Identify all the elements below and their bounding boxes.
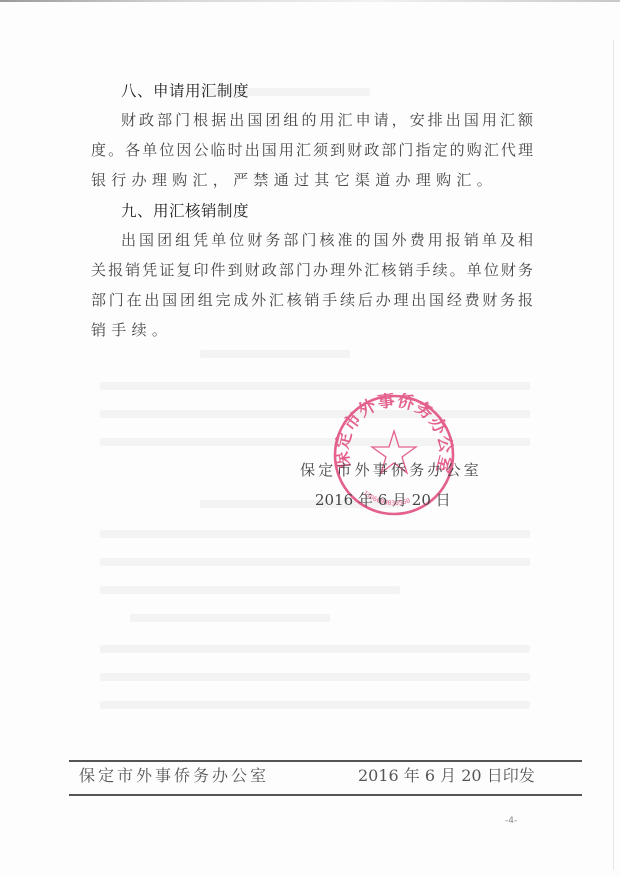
paragraph-line: 出国团组凭单位财务部门核准的国外费用报销单及相 [121, 229, 533, 250]
footer-bottom-rule [69, 794, 582, 796]
bleed-through-mark [100, 673, 530, 681]
bleed-through-mark [100, 438, 530, 446]
scan-edge-right [613, 40, 614, 870]
footer-issue-date: 2016 年 6 月 20 日印发 [358, 763, 535, 786]
scan-edge-top [0, 0, 620, 2]
section-heading-9: 九、用汇核销制度 [121, 199, 249, 221]
bleed-through-mark [200, 350, 350, 358]
paragraph-line: 银行办理购汇，严禁通过其它渠道办理购汇。 [91, 169, 533, 190]
bleed-through-mark [100, 645, 530, 653]
bleed-through-mark [100, 382, 530, 390]
page-number: -4- [505, 816, 517, 826]
paragraph-line: 财政部门根据出国团组的用汇申请，安排出国用汇额 [121, 109, 533, 130]
paragraph-line: 度。各单位因公临时出国用汇须到财政部门指定的购汇代理 [91, 139, 533, 160]
bleed-through-mark [100, 410, 530, 418]
signature-organization: 保定市外事侨务办公室 [300, 459, 482, 480]
paragraph-line: 关报销凭证复印件到财政部门办理外汇核销手续。单位财务 [91, 259, 533, 280]
document-page: 八、申请用汇制度 财政部门根据出国团组的用汇申请，安排出国用汇额 度。各单位因公… [0, 0, 620, 877]
paragraph-line: 销手续。 [91, 319, 533, 340]
bleed-through-mark [100, 558, 530, 566]
bleed-through-mark [100, 530, 530, 538]
bleed-through-mark [130, 614, 330, 622]
section-heading-8: 八、申请用汇制度 [121, 79, 249, 101]
footer-top-rule [69, 760, 582, 762]
bleed-through-mark [100, 701, 530, 709]
paragraph-line: 部门在出国团组完成外汇核销手续后办理出国经费财务报 [91, 289, 533, 310]
signature-date: 2016 年 6 月 20 日 [315, 489, 451, 510]
footer-organization: 保定市外事侨务办公室 [79, 763, 269, 786]
bleed-through-mark [100, 586, 400, 594]
